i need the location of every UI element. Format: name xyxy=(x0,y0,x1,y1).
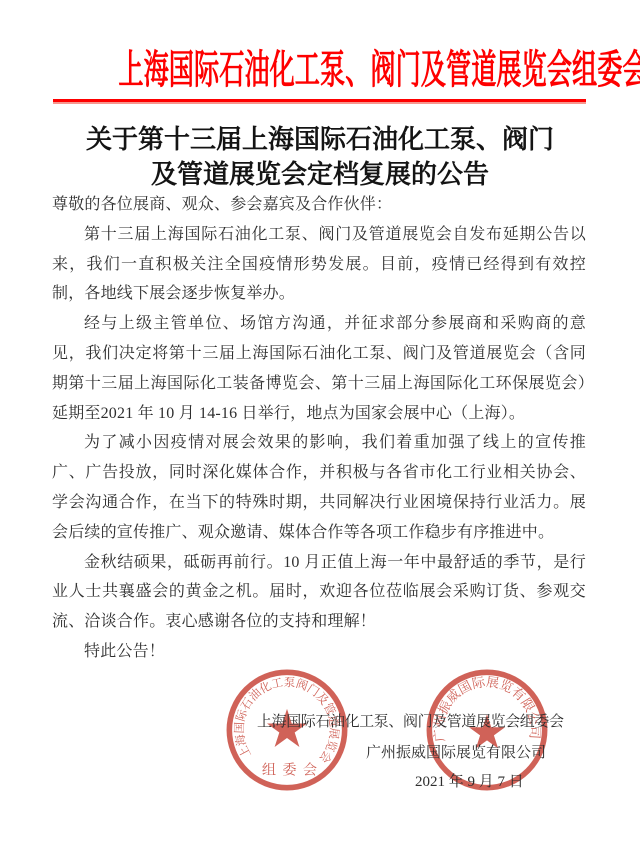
left-seal-bottom-text: 组委会 xyxy=(262,762,323,779)
paragraph-3: 为了减小因疫情对展会效果的影响，我们着重加强了线上的宣传推广、广告投放，同时深化… xyxy=(52,428,586,547)
closing-line: 特此公告！ xyxy=(52,637,586,667)
doc-body: 尊敬的各位展商、观众、参会嘉宾及合作伙伴： 第十三届上海国际石油化工泵、阀门及管… xyxy=(52,190,586,667)
paragraph-4: 金秋结硕果，砥砺再前行。10 月正值上海一年中最舒适的季节，是行业人士共襄盛会的… xyxy=(52,548,586,637)
signature-date: 2021 年 9 月 7 日 xyxy=(415,770,524,791)
greeting-line: 尊敬的各位展商、观众、参会嘉宾及合作伙伴： xyxy=(52,190,586,220)
doc-title: 关于第十三届上海国际石油化工泵、阀门 及管道展览会定档复展的公告 xyxy=(0,122,640,192)
banner-divider xyxy=(53,99,586,104)
signature-org-committee: 上海国际石油化工泵、阀门及管道展览会组委会 xyxy=(257,710,564,731)
doc-title-line2: 及管道展览会定档复展的公告 xyxy=(0,157,640,192)
doc-title-line1: 关于第十三届上海国际石油化工泵、阀门 xyxy=(0,122,640,157)
org-banner-title: 上海国际石油化工泵、阀门及管道展览会组委会 xyxy=(118,49,521,91)
paragraph-1: 第十三届上海国际石油化工泵、阀门及管道展览会自发布延期公告以来，我们一直积极关注… xyxy=(52,220,586,309)
signature-org-company: 广州振威国际展览有限公司 xyxy=(366,741,546,762)
announcement-page: 上海国际石油化工泵、阀门及管道展览会组委会 关于第十三届上海国际石油化工泵、阀门… xyxy=(0,0,640,853)
paragraph-2: 经与上级主管单位、场馆方沟通，并征求部分参展商和采购商的意见，我们决定将第十三届… xyxy=(52,309,586,428)
